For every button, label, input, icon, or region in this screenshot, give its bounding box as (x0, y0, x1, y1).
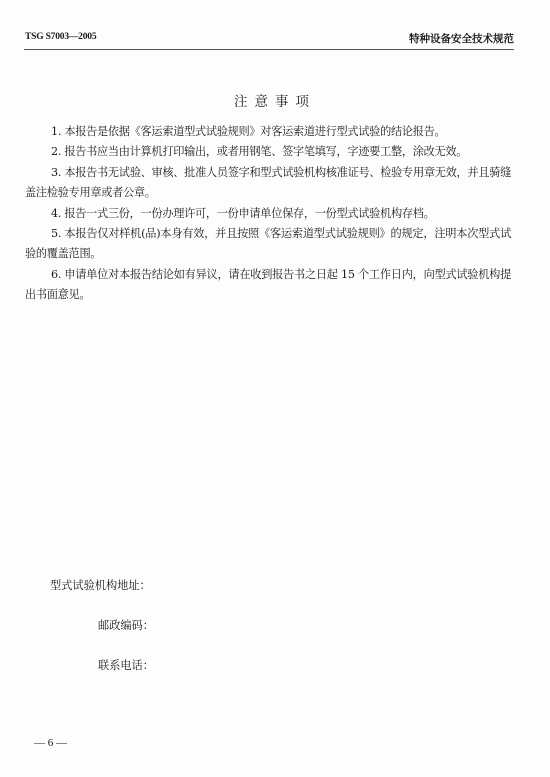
note-item: 2. 报告书应当由计算机打印输出，或者用钢笔、签字笔填写，字迹要工整，涂改无效。 (25, 142, 511, 162)
postcode-label: 邮政编码： (98, 617, 154, 633)
note-item: 1. 本报告是依据《客运索道型式试验规则》对客运索道进行型式试验的结论报告。 (25, 122, 511, 142)
note-item: 4. 报告一式三份，一份办理许可，一份申请单位保存，一份型式试验机构存档。 (25, 204, 511, 224)
note-item: 6. 申请单位对本报告结论如有异议，请在收到报告书之日起 15 个工作日内，向型… (25, 265, 511, 306)
page-number: — 6 — (34, 737, 67, 749)
standard-code: TSG S7003—2005 (25, 32, 96, 42)
notes-list: 1. 本报告是依据《客运索道型式试验规则》对客运索道进行型式试验的结论报告。 2… (25, 122, 511, 306)
note-item: 3. 本报告书无试验、审核、批准人员签字和型式试验机构核准证号、检验专用章无效，… (25, 163, 511, 204)
series-title: 特种设备安全技术规范 (409, 31, 514, 46)
page-title: 注意事项 (0, 90, 550, 110)
header-divider (24, 49, 514, 50)
note-item: 5. 本报告仅对样机(品)本身有效，并且按照《客运索道型式试验规则》的规定，注明… (25, 224, 511, 265)
address-label: 型式试验机构地址： (50, 577, 151, 593)
phone-label: 联系电话： (98, 657, 154, 673)
